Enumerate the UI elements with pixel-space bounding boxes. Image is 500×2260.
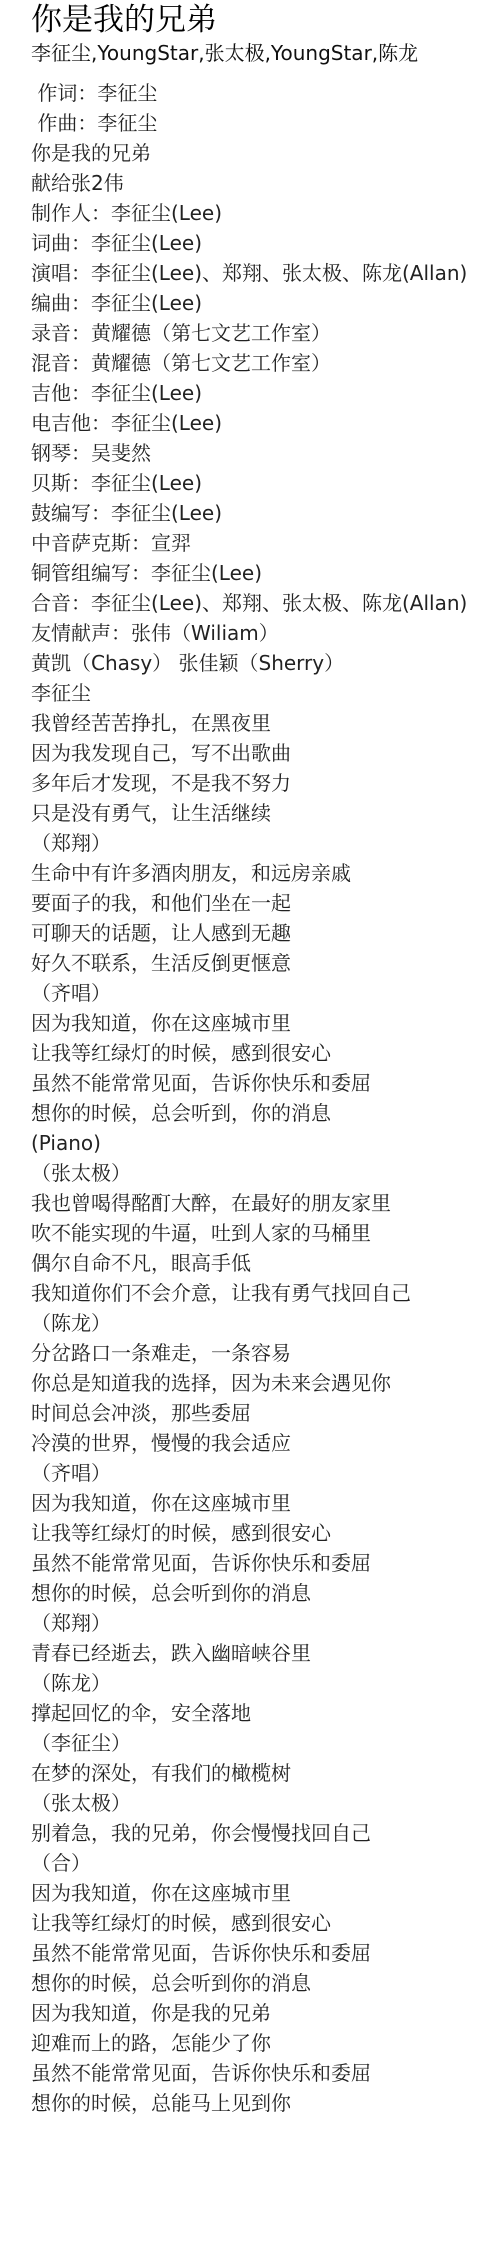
credit-line: 录音：黄耀德（第七文艺工作室） <box>31 318 490 348</box>
singer-label: （李征尘） <box>31 1728 490 1758</box>
singer-label: （合） <box>31 1848 490 1878</box>
credit-line: 制作人：李征尘(Lee) <box>31 198 490 228</box>
singer-label: （齐唱） <box>31 978 490 1008</box>
singer-label: （张太极） <box>31 1158 490 1188</box>
lyric-line: 偶尔自命不凡，眼高手低 <box>31 1248 490 1278</box>
singer-label: （陈龙） <box>31 1668 490 1698</box>
credit-line: 吉他：李征尘(Lee) <box>31 378 490 408</box>
credit-line: 鼓编写：李征尘(Lee) <box>31 498 490 528</box>
credit-line: 钢琴：吴斐然 <box>31 438 490 468</box>
credit-line: 中音萨克斯：宣羿 <box>31 528 490 558</box>
credit-line: 合音：李征尘(Lee)、郑翔、张太极、陈龙(Allan) <box>31 588 490 618</box>
singer-label: （郑翔） <box>31 828 490 858</box>
lyric-line: 迎难而上的路，怎能少了你 <box>31 2028 490 2058</box>
lyric-line: 在梦的深处，有我们的橄榄树 <box>31 1758 490 1788</box>
section-label: (Piano) <box>31 1128 490 1158</box>
lyric-line: 你总是知道我的选择，因为未来会遇见你 <box>31 1368 490 1398</box>
credit-line: 编曲：李征尘(Lee) <box>31 288 490 318</box>
lyric-line: 生命中有许多酒肉朋友，和远房亲戚 <box>31 858 490 888</box>
lyric-line: 虽然不能常常见面，告诉你快乐和委屈 <box>31 2058 490 2088</box>
credit-line: 献给张2伟 <box>31 168 490 198</box>
lyric-line: 想你的时候，总能马上见到你 <box>31 2088 490 2118</box>
credit-line: 铜管组编写：李征尘(Lee) <box>31 558 490 588</box>
lyric-line: 让我等红绿灯的时候，感到很安心 <box>31 1038 490 1068</box>
lyric-line: 撑起回忆的伞，安全落地 <box>31 1698 490 1728</box>
song-title: 你是我的兄弟 <box>31 0 490 40</box>
credit-line: 作词：李征尘 <box>31 78 490 108</box>
lyric-line: 想你的时候，总会听到你的消息 <box>31 1968 490 1998</box>
singer-label: 李征尘 <box>31 678 490 708</box>
lyric-line: 只是没有勇气，让生活继续 <box>31 798 490 828</box>
lyric-line: 时间总会冲淡，那些委屈 <box>31 1398 490 1428</box>
lyric-line: 别着急，我的兄弟，你会慢慢找回自己 <box>31 1818 490 1848</box>
singer-label: （张太极） <box>31 1788 490 1818</box>
lyric-line: 可聊天的话题，让人感到无趣 <box>31 918 490 948</box>
lyric-line: 因为我发现自己，写不出歌曲 <box>31 738 490 768</box>
credit-line: 混音：黄耀德（第七文艺工作室） <box>31 348 490 378</box>
singer-label: （郑翔） <box>31 1608 490 1638</box>
lyric-line: 我知道你们不会介意，让我有勇气找回自己 <box>31 1278 490 1308</box>
lyric-line: 吹不能实现的牛逼，吐到人家的马桶里 <box>31 1218 490 1248</box>
credit-line: 作曲：李征尘 <box>31 108 490 138</box>
lyrics-page: 你是我的兄弟 李征尘,YoungStar,张太极,YoungStar,陈龙 作词… <box>0 0 500 2118</box>
lyric-line: 我曾经苦苦挣扎，在黑夜里 <box>31 708 490 738</box>
lyric-line: 因为我知道，你在这座城市里 <box>31 1488 490 1518</box>
lyric-line: 我也曾喝得酩酊大醉，在最好的朋友家里 <box>31 1188 490 1218</box>
lyric-line: 让我等红绿灯的时候，感到很安心 <box>31 1518 490 1548</box>
singer-label: （陈龙） <box>31 1308 490 1338</box>
lyric-line: 因为我知道，你在这座城市里 <box>31 1878 490 1908</box>
credits-block: 作词：李征尘 作曲：李征尘 你是我的兄弟 献给张2伟 制作人：李征尘(Lee) … <box>31 78 490 678</box>
lyric-line: 要面子的我，和他们坐在一起 <box>31 888 490 918</box>
song-artists: 李征尘,YoungStar,张太极,YoungStar,陈龙 <box>31 40 490 66</box>
lyric-line: 虽然不能常常见面，告诉你快乐和委屈 <box>31 1548 490 1578</box>
credit-line: 演唱：李征尘(Lee)、郑翔、张太极、陈龙(Allan) <box>31 258 490 288</box>
lyric-line: 让我等红绿灯的时候，感到很安心 <box>31 1908 490 1938</box>
credit-line: 你是我的兄弟 <box>31 138 490 168</box>
lyric-line: 好久不联系，生活反倒更惬意 <box>31 948 490 978</box>
credit-line: 词曲：李征尘(Lee) <box>31 228 490 258</box>
lyrics-body: 作词：李征尘 作曲：李征尘 你是我的兄弟 献给张2伟 制作人：李征尘(Lee) … <box>31 78 490 2118</box>
lyric-line: 青春已经逝去，跌入幽暗峡谷里 <box>31 1638 490 1668</box>
credit-line: 电吉他：李征尘(Lee) <box>31 408 490 438</box>
credit-line: 黄凯（Chasy） 张佳颖（Sherry） <box>31 648 490 678</box>
lyric-line: 分岔路口一条难走，一条容易 <box>31 1338 490 1368</box>
lyric-line: 虽然不能常常见面，告诉你快乐和委屈 <box>31 1938 490 1968</box>
lyric-line: 因为我知道，你是我的兄弟 <box>31 1998 490 2028</box>
credit-line: 友情献声：张伟（Wiliam） <box>31 618 490 648</box>
lyric-line: 虽然不能常常见面，告诉你快乐和委屈 <box>31 1068 490 1098</box>
lyric-line: 因为我知道，你在这座城市里 <box>31 1008 490 1038</box>
lyric-line: 想你的时候，总会听到，你的消息 <box>31 1098 490 1128</box>
lyric-line: 冷漠的世界，慢慢的我会适应 <box>31 1428 490 1458</box>
singer-label: （齐唱） <box>31 1458 490 1488</box>
credit-line: 贝斯：李征尘(Lee) <box>31 468 490 498</box>
lyrics-text-block: 李征尘 我曾经苦苦挣扎，在黑夜里 因为我发现自己，写不出歌曲 多年后才发现，不是… <box>31 678 490 2118</box>
lyric-line: 想你的时候，总会听到你的消息 <box>31 1578 490 1608</box>
lyric-line: 多年后才发现，不是我不努力 <box>31 768 490 798</box>
